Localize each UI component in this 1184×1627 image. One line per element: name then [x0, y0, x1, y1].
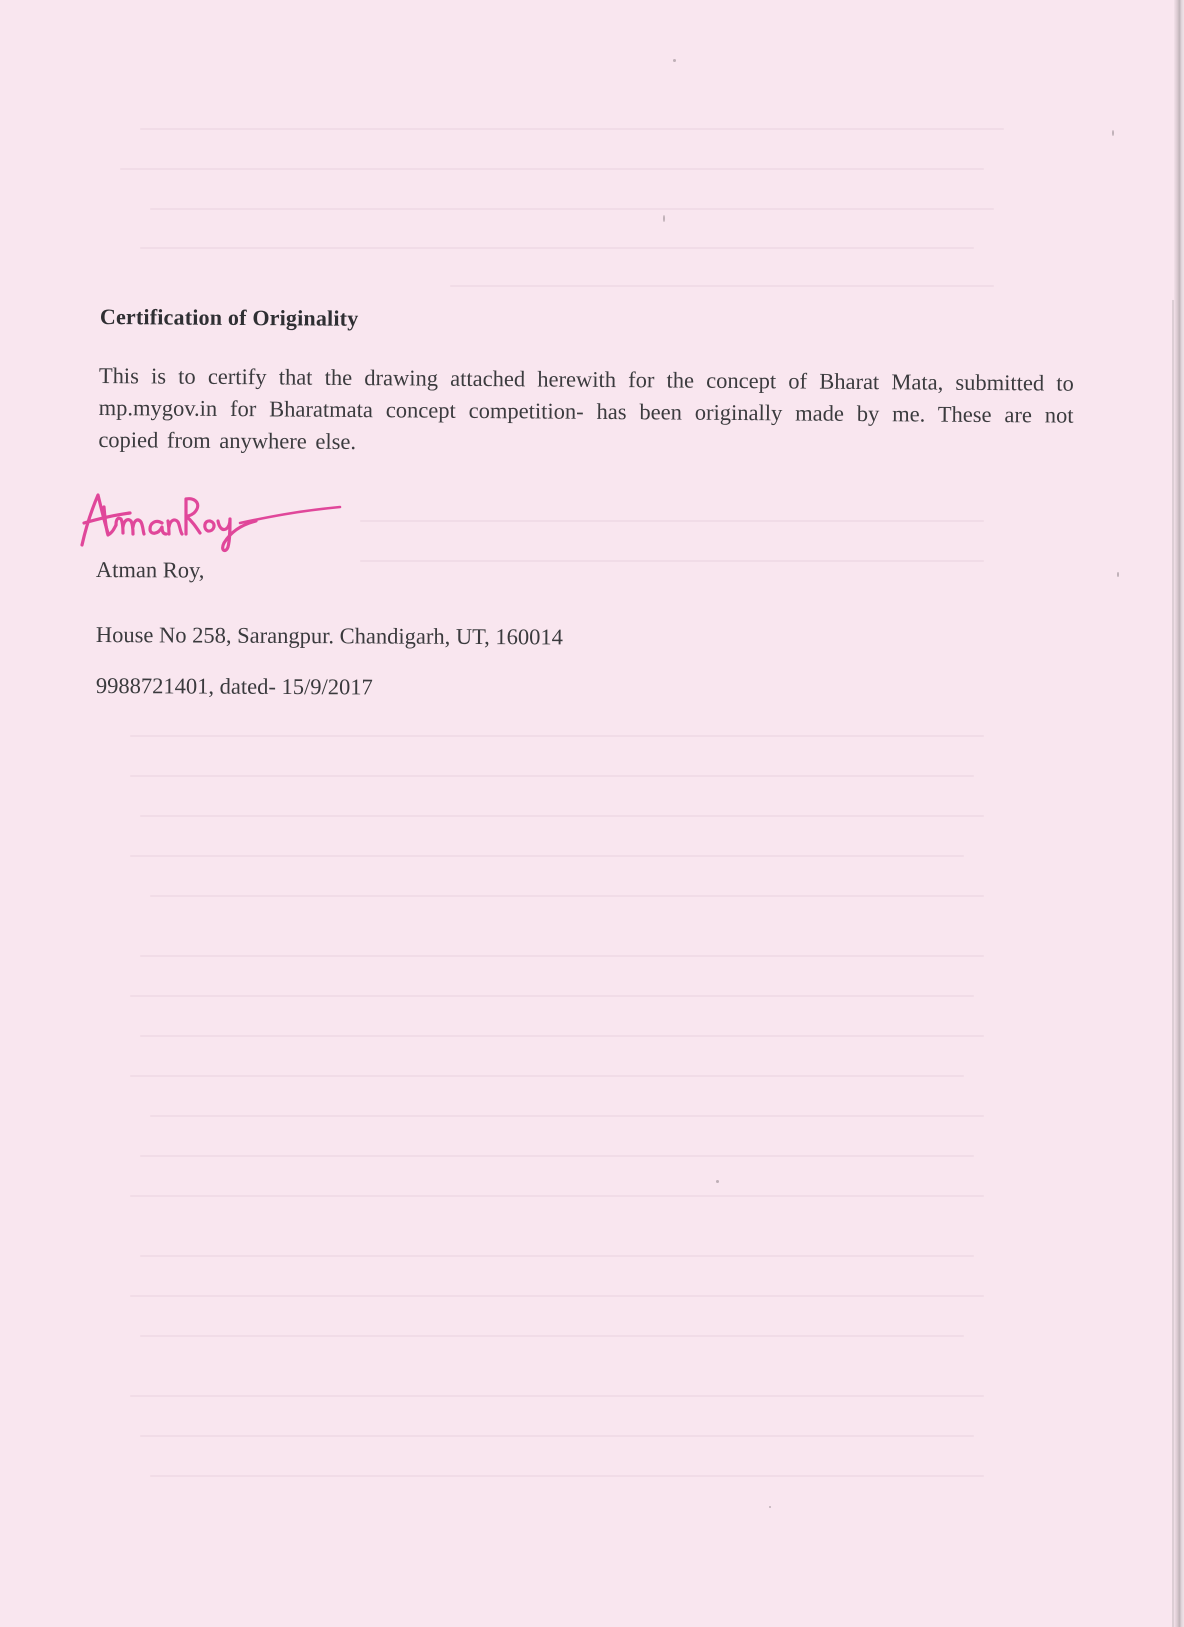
page-binding-edge: [1174, 0, 1184, 1627]
scan-speck: [663, 215, 665, 222]
handwritten-signature: [78, 487, 348, 553]
signatory-contact-date: 9988721401, dated- 15/9/2017: [96, 673, 373, 700]
signatory-address: House No 258, Sarangpur. Chandigarh, UT,…: [96, 622, 563, 650]
signature-icon: [78, 487, 348, 553]
document-title: Certification of Originality: [100, 304, 359, 332]
scan-speck: [1112, 130, 1114, 136]
scan-speck: [716, 1180, 719, 1183]
certification-statement: This is to certify that the drawing atta…: [98, 360, 1074, 464]
signatory-name: Atman Roy,: [96, 557, 205, 584]
scan-speck: [769, 1506, 771, 1508]
scan-speck: [1117, 572, 1119, 577]
page-binding-shadow: [1172, 300, 1174, 1627]
scan-speck: [673, 59, 676, 62]
